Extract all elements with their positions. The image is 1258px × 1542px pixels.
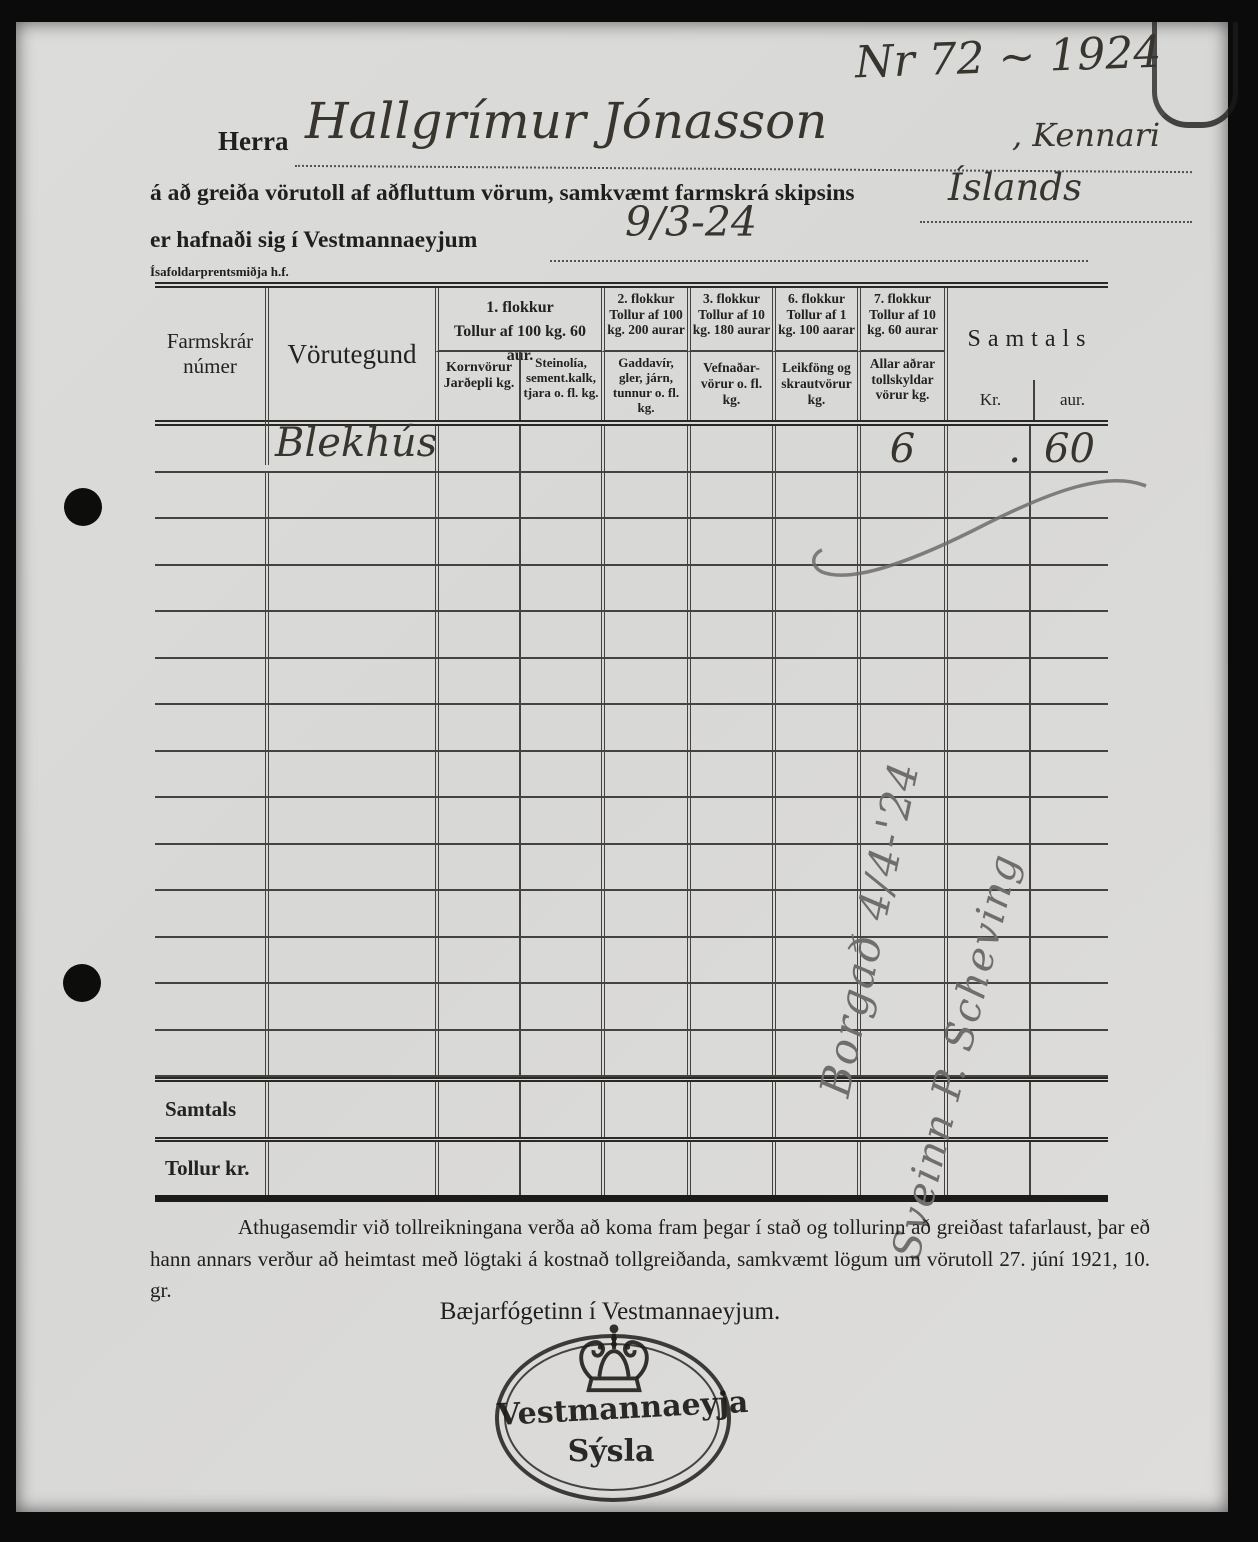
empty-cell (1029, 752, 1108, 797)
empty-cell (1029, 612, 1108, 657)
empty-cell (687, 519, 772, 564)
empty-cell (772, 798, 857, 843)
empty-cell (944, 519, 1029, 564)
empty-cell (519, 891, 601, 936)
empty-cell (435, 752, 519, 797)
empty-cell (857, 473, 944, 518)
empty-cell (857, 705, 944, 750)
empty-cell (265, 845, 435, 890)
samtals-row-label: Samtals (155, 1082, 265, 1137)
empty-cell (1029, 1031, 1108, 1076)
entry-farmskrar-cell (155, 426, 265, 471)
empty-cell (519, 752, 601, 797)
empty-cell (155, 519, 265, 564)
empty-cell (687, 1031, 772, 1076)
header-vorutegund: Vörutegund (265, 288, 435, 420)
empty-cell (1029, 705, 1108, 750)
empty-cell (601, 1031, 687, 1076)
header-group-1: 1. flokkur Tollur af 100 kg. 60 aur. (435, 288, 601, 352)
empty-cell (772, 566, 857, 611)
empty-cell (519, 845, 601, 890)
empty-cell (435, 566, 519, 611)
empty-cell (687, 845, 772, 890)
recipient-title-handwritten: , Kennari (1012, 116, 1160, 154)
table-row-entry: Blekhús 6 . 60 (155, 426, 1108, 473)
header-aur: aur. (1033, 390, 1112, 410)
empty-cell (265, 473, 435, 518)
empty-cell (687, 705, 772, 750)
empty-cell (944, 752, 1029, 797)
empty-cell (857, 659, 944, 704)
empty-cell (155, 938, 265, 983)
table-row-empty (155, 798, 1108, 845)
table-row-empty (155, 659, 1108, 706)
table-row-empty (155, 566, 1108, 613)
empty-cell (687, 891, 772, 936)
empty-cell (435, 705, 519, 750)
empty-cell (1029, 519, 1108, 564)
subcol-leikfong: Leikföng og skrautvörur kg. (772, 352, 857, 420)
empty-cell (772, 612, 857, 657)
empty-cell (1029, 659, 1108, 704)
empty-cell (265, 752, 435, 797)
empty-cell (435, 473, 519, 518)
empty-cell (944, 659, 1029, 704)
empty-cell (435, 519, 519, 564)
empty-cell (155, 984, 265, 1029)
empty-cell (772, 845, 857, 890)
salutation-label: Herra (218, 126, 288, 157)
table-row-empty (155, 519, 1108, 566)
table-row-empty (155, 705, 1108, 752)
empty-cell (687, 659, 772, 704)
header-group-7: 7. flokkur Tollur af 10 kg. 60 aurar (857, 288, 944, 352)
tollur-c1 (265, 1142, 435, 1195)
stamp-text-line2: Sýsla (497, 1434, 725, 1469)
doc-number-handwritten: Nr 72 ~ 1924 (854, 27, 1162, 89)
empty-cell (601, 938, 687, 983)
empty-cell (435, 612, 519, 657)
empty-cell (265, 519, 435, 564)
empty-cell (1029, 473, 1108, 518)
subcol-vefnadar: Vefnaðar- vörur o. fl. kg. (687, 352, 772, 420)
tollur-c4 (601, 1142, 687, 1195)
subcol-gaddavir: Gaddavír, gler, járn, tunnur o. fl. kg. (601, 352, 687, 420)
empty-cell (944, 473, 1029, 518)
samtals-c1 (265, 1082, 435, 1137)
entry-c3 (519, 426, 601, 471)
empty-cell (687, 473, 772, 518)
empty-cell (687, 566, 772, 611)
empty-cell (601, 612, 687, 657)
punch-hole-top (64, 488, 102, 526)
table-row-empty (155, 473, 1108, 520)
tollur-row-label: Tollur kr. (155, 1142, 265, 1195)
tollur-c3 (519, 1142, 601, 1195)
empty-cell (601, 566, 687, 611)
empty-cell (857, 566, 944, 611)
group7-title: 7. flokkur (861, 291, 944, 307)
empty-cell (687, 938, 772, 983)
tollur-c9 (1029, 1142, 1108, 1195)
empty-cell (155, 612, 265, 657)
header-samtals: Samtals (948, 326, 1112, 353)
empty-cell (519, 659, 601, 704)
entry-c4 (601, 426, 687, 471)
samtals-c3 (519, 1082, 601, 1137)
empty-cell (687, 984, 772, 1029)
samtals-c9 (1029, 1082, 1108, 1137)
empty-cell (265, 705, 435, 750)
empty-cell (601, 473, 687, 518)
group6-title: 6. flokkur (776, 291, 857, 307)
empty-cell (435, 984, 519, 1029)
entry-c5 (687, 426, 772, 471)
entry-vorutegund: Blekhús (265, 420, 435, 465)
recipient-name-handwritten: Hallgrímur Jónasson (305, 92, 828, 150)
empty-cell (155, 798, 265, 843)
empty-cell (265, 798, 435, 843)
kr-aur-divider (1033, 380, 1035, 420)
empty-cell (519, 798, 601, 843)
empty-cell (435, 1031, 519, 1076)
empty-cell (1029, 566, 1108, 611)
header-group-6: 6. flokkur Tollur af 1 kg. 100 aarar (772, 288, 857, 352)
empty-cell (519, 566, 601, 611)
table-row-tollur: Tollur kr. (155, 1142, 1108, 1202)
empty-cell (601, 984, 687, 1029)
empty-cell (944, 705, 1029, 750)
empty-cell (601, 519, 687, 564)
empty-cell (601, 705, 687, 750)
empty-cell (265, 984, 435, 1029)
empty-cell (265, 659, 435, 704)
empty-cell (519, 705, 601, 750)
punch-hole-bottom (63, 964, 101, 1002)
samtals-c2 (435, 1082, 519, 1137)
empty-cell (601, 752, 687, 797)
empty-cell (519, 519, 601, 564)
subcol-kornvorur: Kornvörur Jarðepli kg. (435, 352, 519, 420)
group3-subtitle: Tollur af 10 kg. 180 aurar (691, 307, 772, 338)
samtals-c5 (687, 1082, 772, 1137)
entry-c2 (435, 426, 519, 471)
empty-cell (772, 519, 857, 564)
tollur-c6 (772, 1142, 857, 1195)
crown-icon (553, 1318, 675, 1396)
empty-cell (155, 659, 265, 704)
table-row-empty (155, 752, 1108, 799)
empty-cell (944, 612, 1029, 657)
empty-cell (601, 659, 687, 704)
empty-cell (155, 705, 265, 750)
empty-cell (155, 566, 265, 611)
empty-cell (265, 566, 435, 611)
subcol-allar: Allar aðrar tollskyldar vörur kg. (857, 352, 944, 420)
corner-stamp-mark (1152, 22, 1238, 128)
empty-cell (265, 891, 435, 936)
header-group-3: 3. flokkur Tollur af 10 kg. 180 aurar (687, 288, 772, 352)
notice-paragraph: Athugasemdir við tollreikningana verða a… (150, 1212, 1150, 1307)
empty-cell (687, 798, 772, 843)
header-group-2: 2. flokkur Tollur af 100 kg. 200 aurar (601, 288, 687, 352)
entry-c6 (772, 426, 857, 471)
entry-flokkur7: 6 (857, 426, 944, 471)
entry-aur: 60 (1029, 426, 1108, 471)
tollur-c8 (944, 1142, 1029, 1195)
samtals-c4 (601, 1082, 687, 1137)
table-row-empty (155, 612, 1108, 659)
empty-cell (601, 845, 687, 890)
printer-credit: Ísafoldarprentsmiðja h.f. (150, 264, 289, 280)
header-kr: Kr. (948, 390, 1033, 410)
empty-cell (265, 938, 435, 983)
empty-cell (687, 752, 772, 797)
empty-cell (519, 1031, 601, 1076)
empty-cell (435, 798, 519, 843)
empty-cell (155, 1031, 265, 1076)
group6-subtitle: Tollur af 1 kg. 100 aarar (776, 307, 857, 338)
empty-cell (1029, 845, 1108, 890)
entry-kr: . (944, 426, 1029, 471)
tollur-c5 (687, 1142, 772, 1195)
header-samtals-cell: Samtals Kr. aur. (944, 288, 1108, 420)
empty-cell (601, 798, 687, 843)
empty-cell (772, 752, 857, 797)
empty-cell (155, 473, 265, 518)
empty-cell (1029, 891, 1108, 936)
group3-title: 3. flokkur (691, 291, 772, 307)
empty-cell (772, 705, 857, 750)
empty-cell (155, 845, 265, 890)
empty-cell (1029, 938, 1108, 983)
ship-name-handwritten: Íslands (948, 166, 1082, 209)
empty-cell (519, 984, 601, 1029)
table-header: Farmskrár númer Vörutegund 1. flokkur To… (155, 282, 1108, 426)
group2-title: 2. flokkur (605, 291, 687, 307)
empty-cell (944, 566, 1029, 611)
empty-cell (519, 612, 601, 657)
ship-underline (920, 221, 1192, 223)
empty-cell (155, 891, 265, 936)
tollur-c2 (435, 1142, 519, 1195)
header-farmskrar: Farmskrár númer (155, 288, 265, 420)
empty-cell (435, 845, 519, 890)
empty-cell (1029, 984, 1108, 1029)
empty-cell (687, 612, 772, 657)
arrival-line: er hafnaði sig í Vestmannaeyjum (150, 227, 477, 254)
group7-subtitle: Tollur af 10 kg. 60 aurar (861, 307, 944, 338)
empty-cell (265, 1031, 435, 1076)
group1-title: 1. flokkur (439, 296, 601, 320)
empty-cell (265, 612, 435, 657)
empty-cell (519, 938, 601, 983)
date-underline (550, 260, 1088, 262)
empty-cell (857, 612, 944, 657)
table-row-empty (155, 845, 1108, 892)
empty-cell (435, 938, 519, 983)
empty-cell (155, 752, 265, 797)
empty-cell (601, 891, 687, 936)
scanned-document-page: Nr 72 ~ 1924 Herra Hallgrímur Jónasson ,… (0, 0, 1258, 1542)
subcol-steinolia: Steinolía, sement.kalk, tjara o. fl. kg. (519, 352, 601, 420)
empty-cell (435, 659, 519, 704)
empty-cell (519, 473, 601, 518)
arrival-date-handwritten: 9/3-24 (625, 198, 757, 246)
empty-cell (435, 891, 519, 936)
empty-cell (772, 473, 857, 518)
empty-cell (857, 519, 944, 564)
empty-cell (1029, 798, 1108, 843)
empty-cell (772, 659, 857, 704)
group2-subtitle: Tollur af 100 kg. 200 aurar (605, 307, 687, 338)
empty-cell (944, 798, 1029, 843)
